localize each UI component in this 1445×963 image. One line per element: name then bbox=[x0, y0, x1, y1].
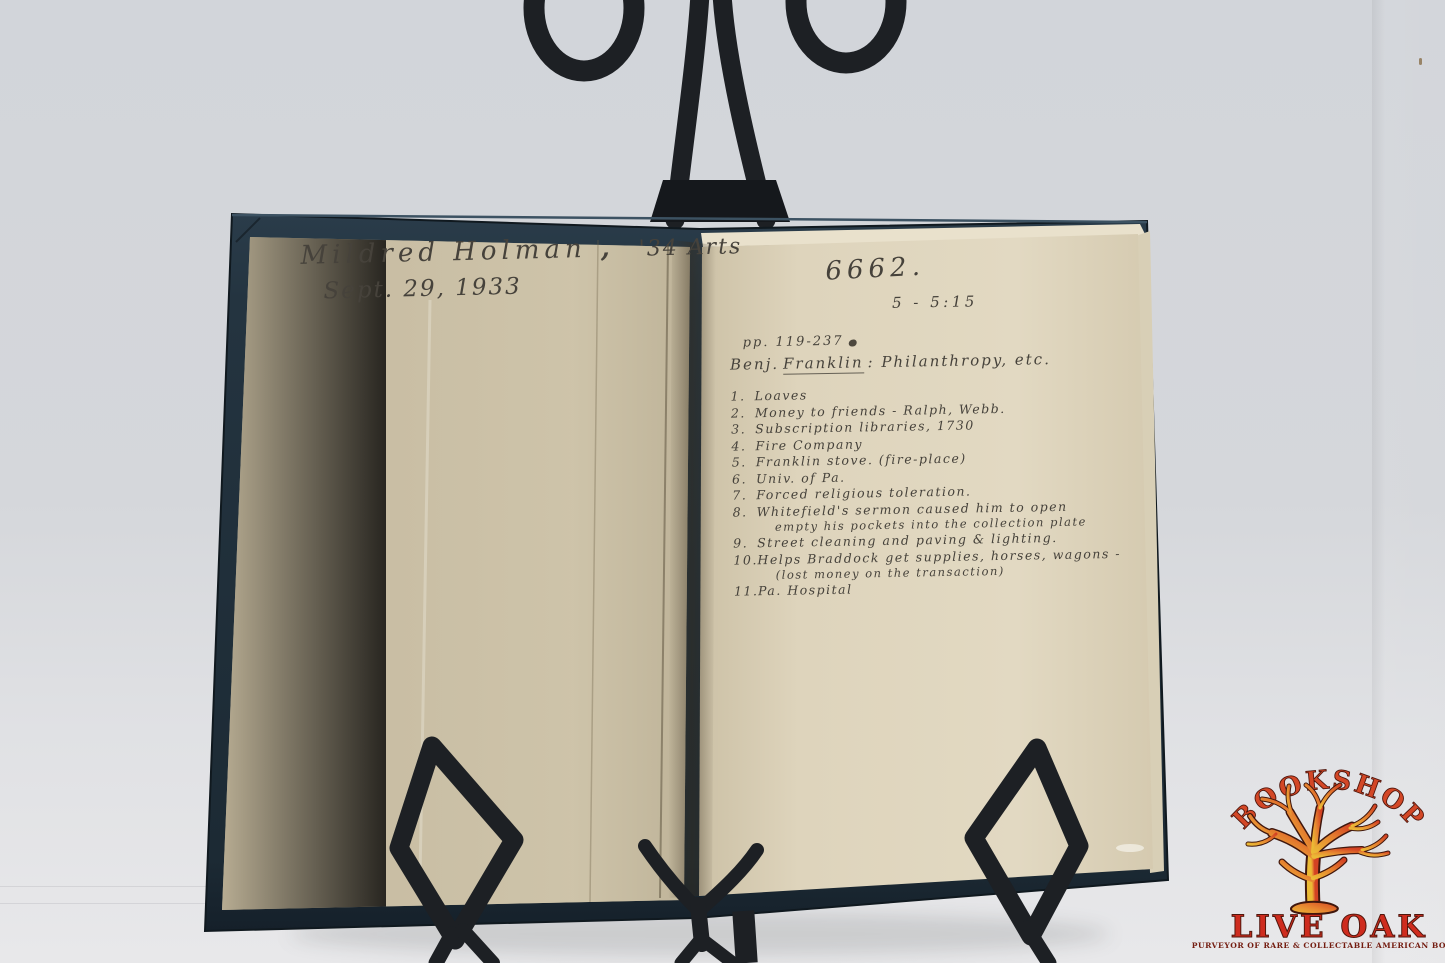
logo-svg: BOOKSHOP bbox=[0, 0, 1445, 963]
photo-scene: Mildred Holman,'34 Arts Sept. 29, 1933 6… bbox=[0, 0, 1445, 963]
logo-shop-name: LIVE OAK bbox=[1231, 909, 1428, 945]
bookshop-logo: BOOKSHOP bbox=[1192, 765, 1445, 950]
logo-tagline: PURVEYOR OF RARE & COLLECTABLE AMERICAN … bbox=[1192, 941, 1445, 950]
